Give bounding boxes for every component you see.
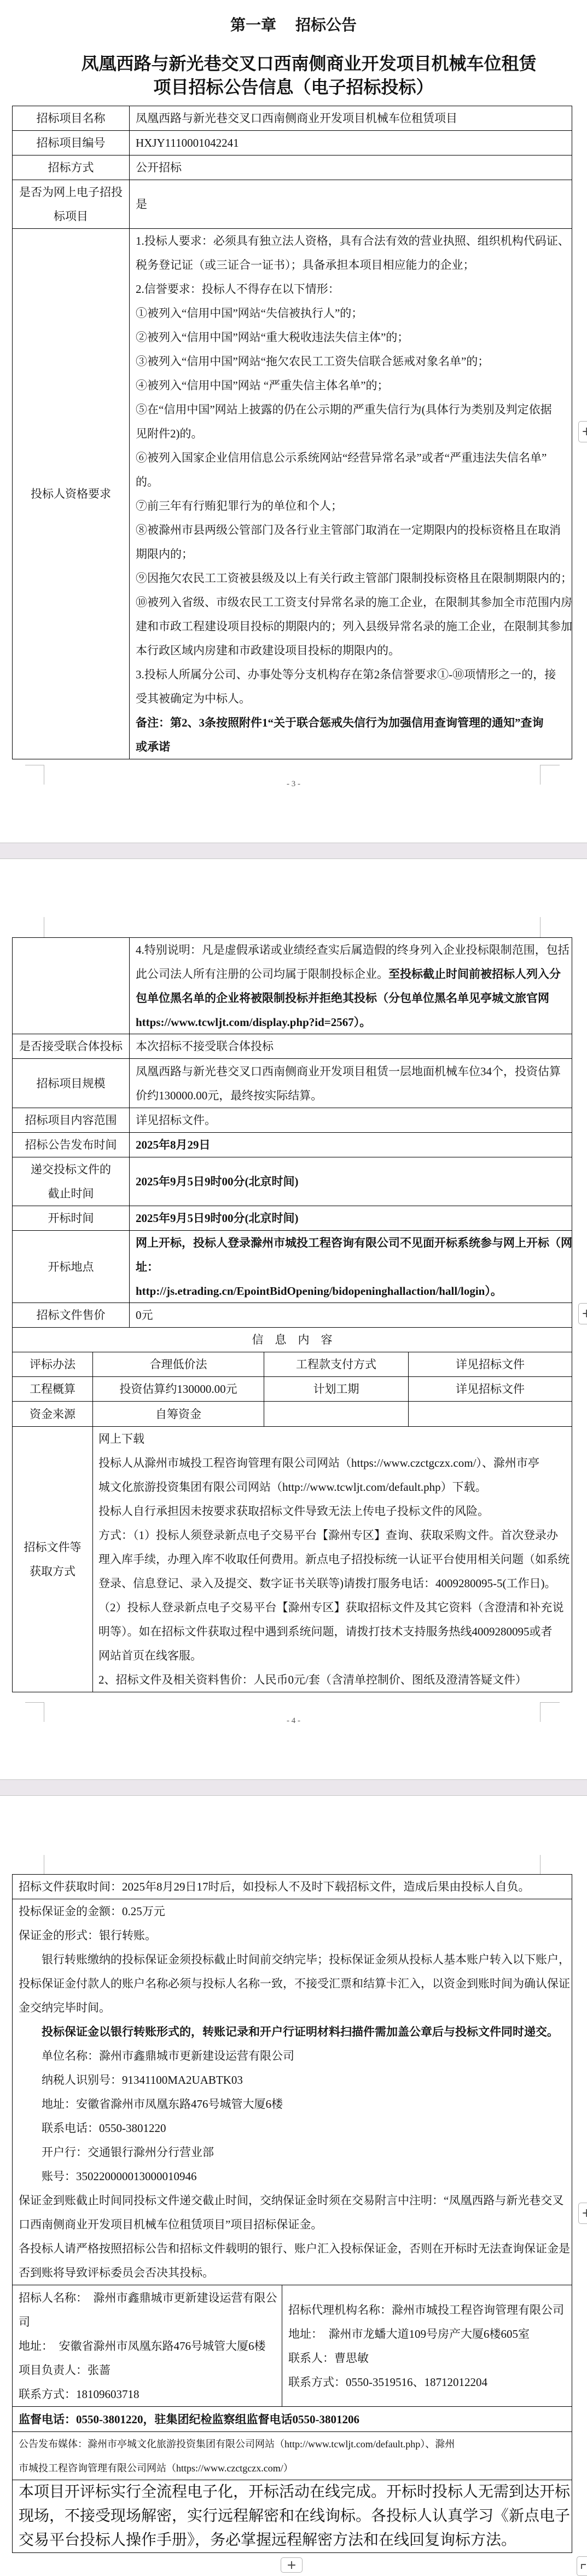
blacklist-link: https://www.tcwljt.com/display.php?id=25… xyxy=(136,1010,572,1034)
text-line: 登录、信息登记、录入及提交、数字证书关联等)请拨打服务电话：4009280095… xyxy=(98,1571,572,1595)
section-heading: 信 息 内 容 xyxy=(252,1328,333,1352)
label-text: 开标时间 xyxy=(48,1206,94,1230)
value-text: 本次招标不接受联合体投标 xyxy=(136,1034,572,1058)
project-number-value: HXJY1110001042241 xyxy=(130,131,572,155)
media-row: 公告发布媒体：滁州市亭城文化旅游投资集团有限公司网站（http://www.tc… xyxy=(13,2432,572,2480)
crop-mark xyxy=(25,765,44,765)
value-text: 公开招标 xyxy=(136,155,572,180)
label-text: 计划工期 xyxy=(313,1377,359,1401)
crop-mark xyxy=(44,1855,44,1874)
fullscreen-icon xyxy=(581,2564,586,2569)
label-text: 工程款支付方式 xyxy=(296,1352,376,1376)
text-line: 现场，不接受现场解密，实行远程解密和在线询标。各投标人认真学习《新点电子 xyxy=(19,2504,572,2528)
label-text: 获取方式 xyxy=(30,1559,75,1583)
schedule-value: 详见招标文件 xyxy=(409,1377,572,1401)
label-text: 递交投标文件的 xyxy=(31,1157,111,1182)
project-number-row: 招标项目编号 HXJY1110001042241 xyxy=(13,131,572,155)
qualification-label-continued xyxy=(13,938,130,1034)
text-line: 本行政区域内房建和市政建设项目投标的期限内的。 xyxy=(136,638,572,662)
value-text: 投资估算约130000.00元 xyxy=(119,1377,237,1401)
notice-cell: 本项目开评标实行全流程电子化，开标活动在线完成。开标时投标人无需到达开标 现场，… xyxy=(13,2480,572,2552)
text-line: 招标代理机构名称：滁州市城投工程咨询管理有限公司 xyxy=(288,2298,572,2322)
opening-place-row: 开标地点 网上开标，投标人登录滁州市城投工程咨询有限公司不见面开标系统参与网上开… xyxy=(13,1231,572,1303)
remark-line: 或承诺 xyxy=(136,735,572,759)
crop-mark xyxy=(44,917,44,937)
deposit-row: 投标保证金的金额：0.25万元 保证金的形式：银行转账。 银行转账缴纳的投标保证… xyxy=(13,1899,572,2285)
deadline-value: 2025年9月5日9时00分(北京时间) xyxy=(130,1157,572,1206)
zoom-in-button[interactable]: + xyxy=(578,421,587,442)
notice-row: 本项目开评标实行全流程电子化，开标活动在线完成。开标时投标人无需到达开标 现场，… xyxy=(13,2480,572,2552)
text-line: 此公司法人所有注册的公司均属于限制投标企业。至投标截止时间前被招标人列入分 xyxy=(136,962,572,986)
text-line: 包单位黑名单的企业将被限制投标并拒绝其投标（分包单位黑名单见亭城文旅官网 xyxy=(136,986,572,1010)
opening-time-value: 2025年9月5日9时00分(北京时间) xyxy=(130,1206,572,1230)
text-line: ①被列入“信用中国”网站“失信被执行人”的； xyxy=(136,301,572,325)
text-line: 税务登记证（或三证合一证书）；具备承担本项目相应能力的企业； xyxy=(136,253,572,277)
scale-label: 招标项目规模 xyxy=(13,1059,130,1108)
scope-row: 招标项目内容范围 详见招标文件。 xyxy=(13,1108,572,1133)
text-line: 址： xyxy=(136,1255,572,1279)
project-title: 凤凰西路与新光巷交叉口西南侧商业开发项目机械车位租赁 项目招标公告信息（电子招标… xyxy=(0,52,587,99)
scale-row: 招标项目规模 凤凰西路与新光巷交叉口西南侧商业开发项目租赁一层地面机械车位34个… xyxy=(13,1059,572,1108)
funding-value: 自筹资金 xyxy=(93,1402,264,1426)
chapter-title: 第一章 招标公告 xyxy=(0,15,587,36)
text-line: （2）投标人登录新点电子交易平台【滁州专区】获取招标文件及其它资料（含澄清和补充… xyxy=(98,1595,572,1620)
text-line: 联系方式：0550-3519516、18712012204 xyxy=(288,2370,572,2394)
acquisition-label: 招标文件等 获取方式 xyxy=(13,1427,93,1692)
text-line: 本项目开评标实行全流程电子化，开标活动在线完成。开标时投标人无需到达开标 xyxy=(19,2480,572,2504)
evaluation-value: 合理低价法 xyxy=(93,1352,264,1376)
value-text: 详见招标文件 xyxy=(456,1377,525,1401)
document-page-5: 招标文件获取时间：2025年8月29日17时后，如投标人不及时下载招标文件，造成… xyxy=(0,1796,587,2576)
text-line: 市城投工程咨询管理有限公司网站（https://www.czctgczx.com… xyxy=(19,2456,572,2480)
label-text: 评标办法 xyxy=(30,1352,75,1376)
project-number-label: 招标项目编号 xyxy=(13,131,130,155)
value-text: 2025年9月5日9时00分(北京时间) xyxy=(136,1169,572,1194)
plus-icon: + xyxy=(582,425,587,439)
info-content-header: 信 息 内 容 xyxy=(13,1328,572,1352)
text-line: 投标人从滁州市城投工程咨询管理有限公司网站（https://www.czctgc… xyxy=(98,1451,572,1475)
qualification-value: 1.投标人要求：必须具有独立法人资格，具有合法有效的营业执照、组织机构代码证、 … xyxy=(130,229,572,759)
funding-row: 资金来源 自筹资金 xyxy=(13,1402,572,1427)
text-line: 4.特别说明：凡是虚假承诺或业绩经查实后属造假的终身列入企业投标限制范围，包括 xyxy=(136,938,572,962)
fullscreen-button[interactable] xyxy=(577,2556,587,2576)
text-line: ⑧被滁州市县两级公管部门及各行业主管部门取消在一定期限内的投标资格且在取消 xyxy=(136,518,572,542)
text-line: 明等）。如在招标文件获取过程中遇到系统问题，请拨打技术支持服务热线4009280… xyxy=(98,1620,572,1644)
label-text: 招标项目名称 xyxy=(37,106,106,130)
text-line: ⑥被列入国家企业信用信息公示系统网站“经营异常名录”或者“严重违法失信名单” xyxy=(136,446,572,470)
opening-place-label: 开标地点 xyxy=(13,1231,130,1303)
text-line: 地址： 滁州市龙蟠大道109号房产大厦6楼605室 xyxy=(288,2322,572,2346)
label-text: 招标项目规模 xyxy=(37,1071,106,1096)
text-line: 口西南侧商业开发项目机械车位租赁项目”项目招标保证金。 xyxy=(19,2212,572,2237)
consortium-value: 本次招标不接受联合体投标 xyxy=(130,1034,572,1058)
contacts-row: 招标人名称： 滁州市鑫鼎城市更新建设运营有限公 司 地址： 安徽省滁州市凤凰东路… xyxy=(13,2285,572,2407)
deadline-row: 递交投标文件的 截止时间 2025年9月5日9时00分(北京时间) xyxy=(13,1157,572,1206)
text-line: 建和市政工程建设项目投标的期限内的；列入县级异常名录的施工企业，在限制其参加 xyxy=(136,614,572,638)
budget-row: 工程概算 投资估算约130000.00元 计划工期 详见招标文件 xyxy=(13,1377,572,1402)
project-info-table: 招标项目名称 凤凰西路与新光巷交叉口西南侧商业开发项目机械车位租赁项目 招标项目… xyxy=(12,106,572,759)
schedule-label: 计划工期 xyxy=(264,1377,409,1401)
text-line: 银行转账缴纳的投标保证金须投标截止时间前交纳完毕；投标保证金须从投标人基本账户转… xyxy=(19,1947,572,1972)
label-text: 投标人资格要求 xyxy=(31,482,111,506)
plus-icon: + xyxy=(287,2558,297,2572)
zoom-in-button[interactable]: + xyxy=(578,2203,587,2224)
acquisition-value: 网上下载 投标人从滁州市城投工程咨询管理有限公司网站（https://www.c… xyxy=(93,1427,572,1692)
crop-mark xyxy=(25,1702,44,1703)
empty-cell xyxy=(409,1402,572,1426)
budget-label: 工程概算 xyxy=(13,1377,93,1401)
text-line: 项目负责人：张蔷 xyxy=(19,2358,282,2382)
text-line: 投标人自行承担因未按要求获取招标文件导致无法上传电子投标文件的风险。 xyxy=(98,1499,572,1523)
value-text: 合理低价法 xyxy=(150,1352,207,1376)
zoom-in-button[interactable]: + xyxy=(578,1303,587,1324)
text-line: ⑦前三年有行贿犯罪行为的单位和个人； xyxy=(136,494,572,518)
page-number: - 4 - xyxy=(0,1715,587,1726)
text-line: 理入库手续，办理入库不收取任何费用。新点电子招投标统一认证平台使用相关问题（如系… xyxy=(98,1547,572,1571)
label-text: 招标方式 xyxy=(48,155,94,180)
deposit-form: 保证金的形式：银行转账。 xyxy=(19,1923,572,1947)
value-text: 详见招标文件。 xyxy=(136,1108,572,1132)
empty-cell xyxy=(264,1402,409,1426)
document-page-4: 4.特别说明：凡是虚假承诺或业绩经查实后属造假的终身列入企业投标限制范围，包括 … xyxy=(0,859,587,1779)
text-line: 投标保证金以银行转账形式的，转账记录和开户行证明材料扫描件需加盖公章后与投标文件… xyxy=(19,2020,572,2044)
tender-method-label: 招标方式 xyxy=(13,155,130,180)
opening-place-value: 网上开标，投标人登录滁州市城投工程咨询有限公司不见面开标系统参与网上开标（网 址… xyxy=(130,1231,572,1303)
account-address: 地址：安徽省滁州市凤凰东路476号城管大厦6楼 xyxy=(19,2092,572,2116)
text-line: 3.投标人所属分公司、办事处等分支机构存在第2条信誉要求①-⑩项情形之一的，接 xyxy=(136,662,572,687)
value-text: 2025年9月5日9时00分(北京时间) xyxy=(136,1206,572,1230)
text-line: 见附件2)的。 xyxy=(136,422,572,446)
plus-icon: + xyxy=(582,2206,587,2220)
value-text: 2025年8月29日 xyxy=(136,1133,572,1157)
label-text: 招标项目内容范围 xyxy=(25,1108,117,1132)
agency-cell: 招标代理机构名称：滁州市城投工程咨询管理有限公司 地址： 滁州市龙蟠大道109号… xyxy=(282,2285,572,2406)
account-bank: 开户行：交通银行滁州分行营业部 xyxy=(19,2140,572,2164)
tender-method-row: 招标方式 公开招标 xyxy=(13,155,572,180)
label-text: 是否接受联合体投标 xyxy=(19,1034,123,1058)
value-text: 0元 xyxy=(136,1303,572,1327)
media-cell: 公告发布媒体：滁州市亭城文化旅游投资集团有限公司网站（http://www.tc… xyxy=(13,2432,572,2480)
text-line: ⑩被列入省级、市级农民工工资支付异常名录的施工企业，在限制其参加全市范围内房 xyxy=(136,590,572,614)
account-name: 单位名称：滁州市鑫鼎城市更新建设运营有限公司 xyxy=(19,2044,572,2068)
remark-line: 备注：第2、3条按照附件1“关于联合惩戒失信行为加强信用查询管理的通知”查询 xyxy=(136,711,572,735)
project-name-label: 招标项目名称 xyxy=(13,106,130,130)
page-number: - 3 - xyxy=(0,779,587,789)
publish-time-row: 招标公告发布时间 2025年8月29日 xyxy=(13,1133,572,1157)
payment-value: 详见招标文件 xyxy=(409,1352,572,1376)
special-note-value: 4.特别说明：凡是虚假承诺或业绩经查实后属造假的终身列入企业投标限制范围，包括 … xyxy=(130,938,572,1034)
label-text: 开标地点 xyxy=(48,1255,94,1279)
text-line: ②被列入“信用中国”网站“重大税收违法失信主体”的； xyxy=(136,325,572,349)
project-name-value: 凤凰西路与新光巷交叉口西南侧商业开发项目机械车位租赁项目 xyxy=(130,106,572,130)
text-line: 期限内的； xyxy=(136,542,572,566)
tax-id: 纳税人识别号：91341100MA2UABTK03 xyxy=(19,2068,572,2092)
value-text: HXJY1110001042241 xyxy=(136,131,572,155)
text-line: 金交纳完毕时间。 xyxy=(19,1996,572,2020)
label-text: 标项目 xyxy=(54,204,88,228)
label-text: 资金来源 xyxy=(30,1402,75,1426)
text-line: ⑨因拖欠农民工工资被县级及以上有关行政主管部门限制投标资格且在限制期限内的； xyxy=(136,566,572,590)
document-page-3: 第一章 招标公告 凤凰西路与新光巷交叉口西南侧商业开发项目机械车位租赁 项目招标… xyxy=(0,0,587,843)
project-info-table-continued: 4.特别说明：凡是虚假承诺或业绩经查实后属造假的终身列入企业投标限制范围，包括 … xyxy=(12,937,572,1692)
label-text: 招标公告发布时间 xyxy=(25,1133,117,1157)
text-line: 2、招标文件及相关资料售价：人民币0元/套（含清单控制价、图纸及澄清答疑文件） xyxy=(98,1668,572,1692)
text-line: 方式：（1）投标人须登录新点电子交易平台【滁州专区】查询、获取采购文件。首次登录… xyxy=(98,1523,572,1547)
opening-system-link: http://js.etrading.cn/EpointBidOpening/b… xyxy=(136,1279,572,1303)
acquisition-time-cell: 招标文件获取时间：2025年8月29日17时后，如投标人不及时下载招标文件，造成… xyxy=(13,1875,572,1899)
text-line: 投标保证金付款人的账户名称必须与投标人名称一致，不接受汇票和结算卡汇入，以资金到… xyxy=(19,1972,572,1996)
crop-mark xyxy=(540,917,540,937)
document-price-value: 0元 xyxy=(130,1303,572,1327)
text-line: 监督电话：0550-3801220，驻集团纪检监察组监督电话0550-38012… xyxy=(19,2407,572,2431)
funding-label: 资金来源 xyxy=(13,1402,93,1426)
label-text: 招标文件售价 xyxy=(37,1303,106,1327)
deadline-label: 递交投标文件的 截止时间 xyxy=(13,1157,130,1206)
acquisition-time-row: 招标文件获取时间：2025年8月29日17时后，如投标人不及时下载招标文件，造成… xyxy=(13,1875,572,1899)
project-title-line: 项目招标公告信息（电子招标投标） xyxy=(0,76,587,99)
label-text: 截止时间 xyxy=(48,1182,94,1206)
qualification-label: 投标人资格要求 xyxy=(13,229,130,759)
opening-time-label: 开标时间 xyxy=(13,1206,130,1230)
consortium-row: 是否接受联合体投标 本次招标不接受联合体投标 xyxy=(13,1034,572,1059)
text-line: ⑤在“信用中国”网站上披露的仍在公示期的严重失信行为(具体行为类别及判定依据 xyxy=(136,397,572,422)
text-line: 公告发布媒体：滁州市亭城文化旅游投资集团有限公司网站（http://www.tc… xyxy=(19,2432,572,2456)
info-content-header-row: 信 息 内 容 xyxy=(13,1328,572,1352)
text-line: ③被列入“信用中国”网站“拖欠农民工工资失信联合惩戒对象名单”的； xyxy=(136,349,572,373)
value-text: 是 xyxy=(136,192,572,216)
text-line: 保证金到账截止时间同投标文件递交截止时间，交纳保证金时须在交易附言中注明：“凤凰… xyxy=(19,2188,572,2212)
text-line: 网上开标，投标人登录滁州市城投工程咨询有限公司不见面开标系统参与网上开标（网 xyxy=(136,1231,572,1255)
text-line: 招标人名称： 滁州市鑫鼎城市更新建设运营有限公 xyxy=(19,2286,282,2310)
opening-time-row: 开标时间 2025年9月5日9时00分(北京时间) xyxy=(13,1206,572,1231)
text-normal: 此公司法人所有注册的公司均属于限制投标企业。 xyxy=(136,967,388,981)
text-line: 否到账将导致评标委员会否决其投标。 xyxy=(19,2261,572,2285)
payment-label: 工程款支付方式 xyxy=(264,1352,409,1376)
consortium-label: 是否接受联合体投标 xyxy=(13,1034,130,1058)
evaluation-label: 评标办法 xyxy=(13,1352,93,1376)
text-line: 2.信誉要求：投标人不得存在以下情形： xyxy=(136,277,572,301)
document-price-label: 招标文件售价 xyxy=(13,1303,130,1327)
project-title-line: 凤凰西路与新光巷交叉口西南侧商业开发项目机械车位租赁 xyxy=(0,52,587,76)
plus-icon: + xyxy=(582,1307,587,1321)
text-line: 联系方式：18109603718 xyxy=(19,2382,282,2406)
text-line: 司 xyxy=(19,2310,282,2334)
scope-value: 详见招标文件。 xyxy=(130,1108,572,1132)
acquisition-row: 招标文件等 获取方式 网上下载 投标人从滁州市城投工程咨询管理有限公司网站（ht… xyxy=(13,1427,572,1692)
publish-time-label: 招标公告发布时间 xyxy=(13,1133,130,1157)
text-line: 凤凰西路与新光巷交叉口西南侧商业开发项目租赁一层地面机械车位34个，投资估算 xyxy=(136,1059,572,1084)
text-line: 交易平台投标人操作手册》，务必掌握远程解密方法和在线回复询标方法。 xyxy=(19,2528,572,2552)
text-line: 招标文件获取时间：2025年8月29日17时后，如投标人不及时下载招标文件，造成… xyxy=(19,1875,572,1899)
online-bidding-value: 是 xyxy=(130,180,572,228)
text-bold: 至投标截止时间前被招标人列入分 xyxy=(388,967,561,981)
tenderer-cell: 招标人名称： 滁州市鑫鼎城市更新建设运营有限公 司 地址： 安徽省滁州市凤凰东路… xyxy=(13,2285,282,2406)
project-name-row: 招标项目名称 凤凰西路与新光巷交叉口西南侧商业开发项目机械车位租赁项目 xyxy=(13,106,572,131)
label-text: 工程概算 xyxy=(30,1377,75,1401)
text-line: 受其被确定为中标人。 xyxy=(136,687,572,711)
scope-label: 招标项目内容范围 xyxy=(13,1108,130,1132)
text-line: 网上下载 xyxy=(98,1427,572,1451)
text-line: 的。 xyxy=(136,470,572,494)
deposit-cell: 投标保证金的金额：0.25万元 保证金的形式：银行转账。 银行转账缴纳的投标保证… xyxy=(13,1899,572,2285)
account-number: 账号：350220000013000010946 xyxy=(19,2164,572,2188)
text-line: 各投标人请严格按照招标公告和招标文件载明的银行、账户汇入投标保证金，否则在开标时… xyxy=(19,2237,572,2261)
text-line: 网站首页在线客服。 xyxy=(98,1644,572,1668)
crop-mark xyxy=(540,765,560,765)
page-gap xyxy=(0,1779,587,1796)
publish-time-value: 2025年8月29日 xyxy=(130,1133,572,1157)
budget-value: 投资估算约130000.00元 xyxy=(93,1377,264,1401)
label-text: 是否为网上电子招投 xyxy=(19,180,123,204)
value-text: 凤凰西路与新光巷交叉口西南侧商业开发项目机械车位租赁项目 xyxy=(136,106,572,130)
qualification-row: 投标人资格要求 1.投标人要求：必须具有独立法人资格，具有合法有效的营业执照、组… xyxy=(13,229,572,759)
online-bidding-label: 是否为网上电子招投 标项目 xyxy=(13,180,130,228)
text-line: 地址： 安徽省滁州市凤凰东路476号城管大厦6楼 xyxy=(19,2334,282,2358)
document-price-row: 招标文件售价 0元 xyxy=(13,1303,572,1328)
text-line: 1.投标人要求：必须具有独立法人资格，具有合法有效的营业执照、组织机构代码证、 xyxy=(136,229,572,253)
tender-method-value: 公开招标 xyxy=(130,155,572,180)
crop-mark xyxy=(540,1702,560,1703)
text-line: 联系人：曹思敏 xyxy=(288,2346,572,2370)
account-phone: 联系电话：0550-3801220 xyxy=(19,2116,572,2140)
evaluation-row: 评标办法 合理低价法 工程款支付方式 详见招标文件 xyxy=(13,1352,572,1377)
label-text: 招标文件等 xyxy=(24,1535,82,1559)
add-page-button[interactable]: + xyxy=(281,2557,303,2573)
online-bidding-row: 是否为网上电子招投 标项目 是 xyxy=(13,180,572,229)
deposit-amount: 投标保证金的金额：0.25万元 xyxy=(19,1899,572,1923)
special-note-row: 4.特别说明：凡是虚假承诺或业绩经查实后属造假的终身列入企业投标限制范围，包括 … xyxy=(13,938,572,1034)
deposit-info-table: 招标文件获取时间：2025年8月29日17时后，如投标人不及时下载招标文件，造成… xyxy=(12,1874,572,2553)
supervision-row: 监督电话：0550-3801220，驻集团纪检监察组监督电话0550-38012… xyxy=(13,2407,572,2432)
text-line: ④被列入“信用中国”网站 “严重失信主体名单”的； xyxy=(136,373,572,397)
page-gap xyxy=(0,843,587,859)
supervision-cell: 监督电话：0550-3801220，驻集团纪检监察组监督电话0550-38012… xyxy=(13,2407,572,2431)
text-line: 城文化旅游投资集团有限公司网站（http://www.tcwljt.com/de… xyxy=(98,1475,572,1499)
value-text: 详见招标文件 xyxy=(456,1352,525,1376)
value-text: 自筹资金 xyxy=(155,1402,201,1426)
label-text: 招标项目编号 xyxy=(37,131,106,155)
text-line: 价约130000.00元，最终按实际结算。 xyxy=(136,1084,572,1108)
crop-mark xyxy=(540,1855,540,1874)
scale-value: 凤凰西路与新光巷交叉口西南侧商业开发项目租赁一层地面机械车位34个，投资估算 价… xyxy=(130,1059,572,1108)
